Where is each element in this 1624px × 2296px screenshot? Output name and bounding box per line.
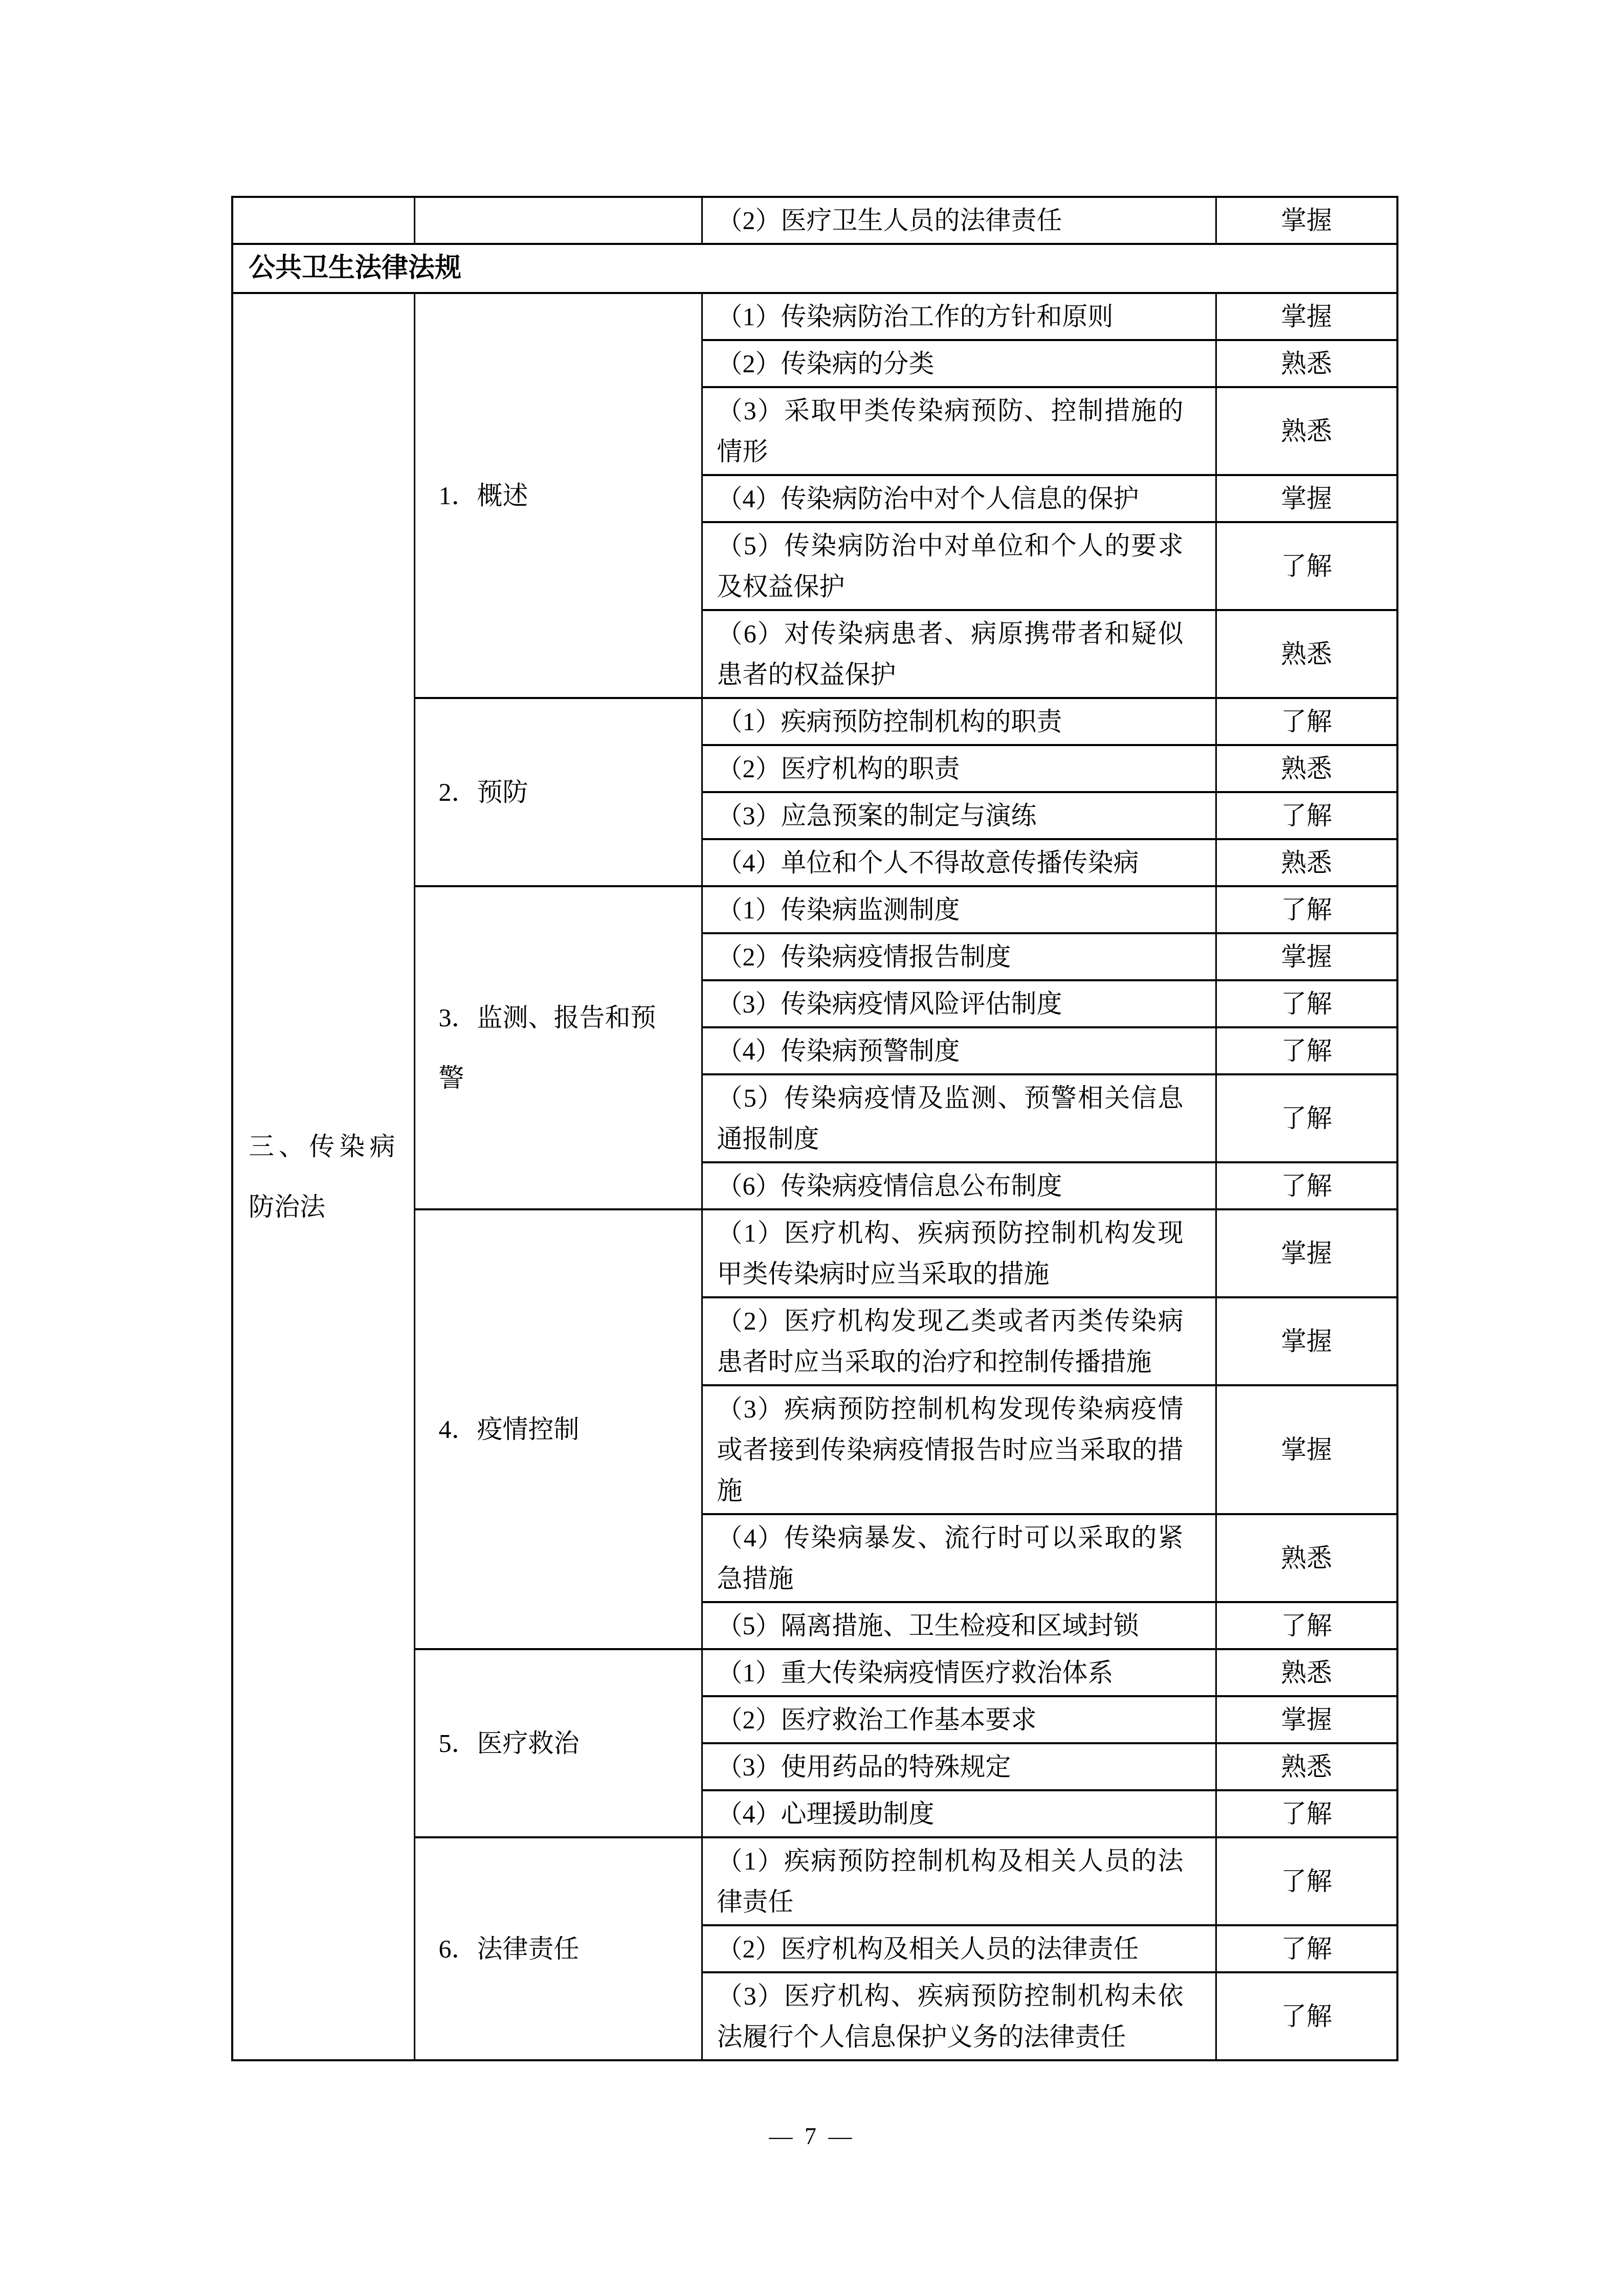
item-cell: （2）医疗机构及相关人员的法律责任 [702, 1925, 1216, 1972]
level-cell: 了解 [1216, 698, 1397, 745]
item-cell: （2）医疗救治工作基本要求 [702, 1696, 1216, 1743]
level-cell: 掌握 [1216, 1696, 1397, 1743]
item-cell: （2）传染病的分类 [702, 340, 1216, 387]
section-header-cell: 公共卫生法律法规 [232, 244, 1397, 293]
item-cell: （3）医疗机构、疾病预防控制机构未依法履行个人信息保护义务的法律责任 [702, 1972, 1216, 2060]
level-cell: 了解 [1216, 980, 1397, 1027]
item-cell: （3）使用药品的特殊规定 [702, 1743, 1216, 1790]
item-cell: （6）传染病疫情信息公布制度 [702, 1162, 1216, 1209]
item-cell: （3）应急预案的制定与演练 [702, 792, 1216, 839]
page-number: — 7 — [0, 2121, 1624, 2152]
level-cell: 掌握 [1216, 475, 1397, 522]
level-cell: 了解 [1216, 522, 1397, 610]
item-cell: （1）重大传染病疫情医疗救治体系 [702, 1649, 1216, 1696]
item-cell: （5）传染病防治中对单位和个人的要求及权益保护 [702, 522, 1216, 610]
level-cell: 了解 [1216, 1027, 1397, 1074]
subsection-cell: 4．疫情控制 [414, 1209, 702, 1649]
item-cell: （6）对传染病患者、病原携带者和疑似患者的权益保护 [702, 610, 1216, 698]
item-cell: （1）疾病预防控制机构及相关人员的法律责任 [702, 1837, 1216, 1925]
section-header-row: 公共卫生法律法规 [232, 244, 1397, 293]
subsection-cell: 3．监测、报告和预警 [414, 886, 702, 1209]
item-cell: （3）传染病疫情风险评估制度 [702, 980, 1216, 1027]
item-cell: （5）传染病疫情及监测、预警相关信息通报制度 [702, 1074, 1216, 1162]
item-cell: （1）传染病监测制度 [702, 886, 1216, 933]
level-cell: 了解 [1216, 886, 1397, 933]
item-cell: （4）传染病防治中对个人信息的保护 [702, 475, 1216, 522]
item-cell: （4）传染病暴发、流行时可以采取的紧急措施 [702, 1514, 1216, 1602]
level-cell: 了解 [1216, 1602, 1397, 1649]
item-cell: （2）医疗机构的职责 [702, 745, 1216, 792]
level-cell: 熟悉 [1216, 387, 1397, 475]
subsection-cell: 5．医疗救治 [414, 1649, 702, 1837]
level-cell: 熟悉 [1216, 610, 1397, 698]
item-cell: （3）采取甲类传染病预防、控制措施的情形 [702, 387, 1216, 475]
document-page: （2）医疗卫生人员的法律责任 掌握 公共卫生法律法规 三、传染病防治法 1．概述… [0, 0, 1624, 2296]
subsection-cell-empty [414, 197, 702, 244]
subsection-cell: 6．法律责任 [414, 1837, 702, 2060]
level-cell: 熟悉 [1216, 1649, 1397, 1696]
item-cell: （5）隔离措施、卫生检疫和区域封锁 [702, 1602, 1216, 1649]
level-cell: 了解 [1216, 1162, 1397, 1209]
level-cell: 掌握 [1216, 1209, 1397, 1297]
level-cell: 了解 [1216, 1925, 1397, 1972]
chapter-cell-empty [232, 197, 414, 244]
table-row: （2）医疗卫生人员的法律责任 掌握 [232, 197, 1397, 244]
level-cell: 熟悉 [1216, 340, 1397, 387]
level-cell: 了解 [1216, 792, 1397, 839]
level-cell: 掌握 [1216, 197, 1397, 244]
level-cell: 熟悉 [1216, 745, 1397, 792]
level-cell: 掌握 [1216, 933, 1397, 980]
item-cell: （4）心理援助制度 [702, 1790, 1216, 1837]
level-cell: 了解 [1216, 1074, 1397, 1162]
level-cell: 熟悉 [1216, 1743, 1397, 1790]
item-cell: （1）医疗机构、疾病预防控制机构发现甲类传染病时应当采取的措施 [702, 1209, 1216, 1297]
syllabus-table: （2）医疗卫生人员的法律责任 掌握 公共卫生法律法规 三、传染病防治法 1．概述… [231, 196, 1398, 2061]
item-cell: （1）传染病防治工作的方针和原则 [702, 293, 1216, 340]
level-cell: 掌握 [1216, 293, 1397, 340]
subsection-cell: 2．预防 [414, 698, 702, 886]
item-cell: （2）传染病疫情报告制度 [702, 933, 1216, 980]
level-cell: 了解 [1216, 1837, 1397, 1925]
item-cell: （1）疾病预防控制机构的职责 [702, 698, 1216, 745]
item-cell: （4）传染病预警制度 [702, 1027, 1216, 1074]
chapter-cell: 三、传染病防治法 [232, 293, 414, 2060]
document-body: { "document": { "footer_page_number": "—… [0, 0, 1624, 2296]
item-cell: （3）疾病预防控制机构发现传染病疫情或者接到传染病疫情报告时应当采取的措施 [702, 1385, 1216, 1514]
level-cell: 掌握 [1216, 1297, 1397, 1385]
level-cell: 掌握 [1216, 1385, 1397, 1514]
item-cell: （2）医疗卫生人员的法律责任 [702, 197, 1216, 244]
item-cell: （2）医疗机构发现乙类或者丙类传染病患者时应当采取的治疗和控制传播措施 [702, 1297, 1216, 1385]
level-cell: 了解 [1216, 1790, 1397, 1837]
level-cell: 熟悉 [1216, 839, 1397, 886]
level-cell: 熟悉 [1216, 1514, 1397, 1602]
level-cell: 了解 [1216, 1972, 1397, 2060]
table-row: 三、传染病防治法 1．概述 （1）传染病防治工作的方针和原则 掌握 [232, 293, 1397, 340]
item-cell: （4）单位和个人不得故意传播传染病 [702, 839, 1216, 886]
subsection-cell: 1．概述 [414, 293, 702, 698]
